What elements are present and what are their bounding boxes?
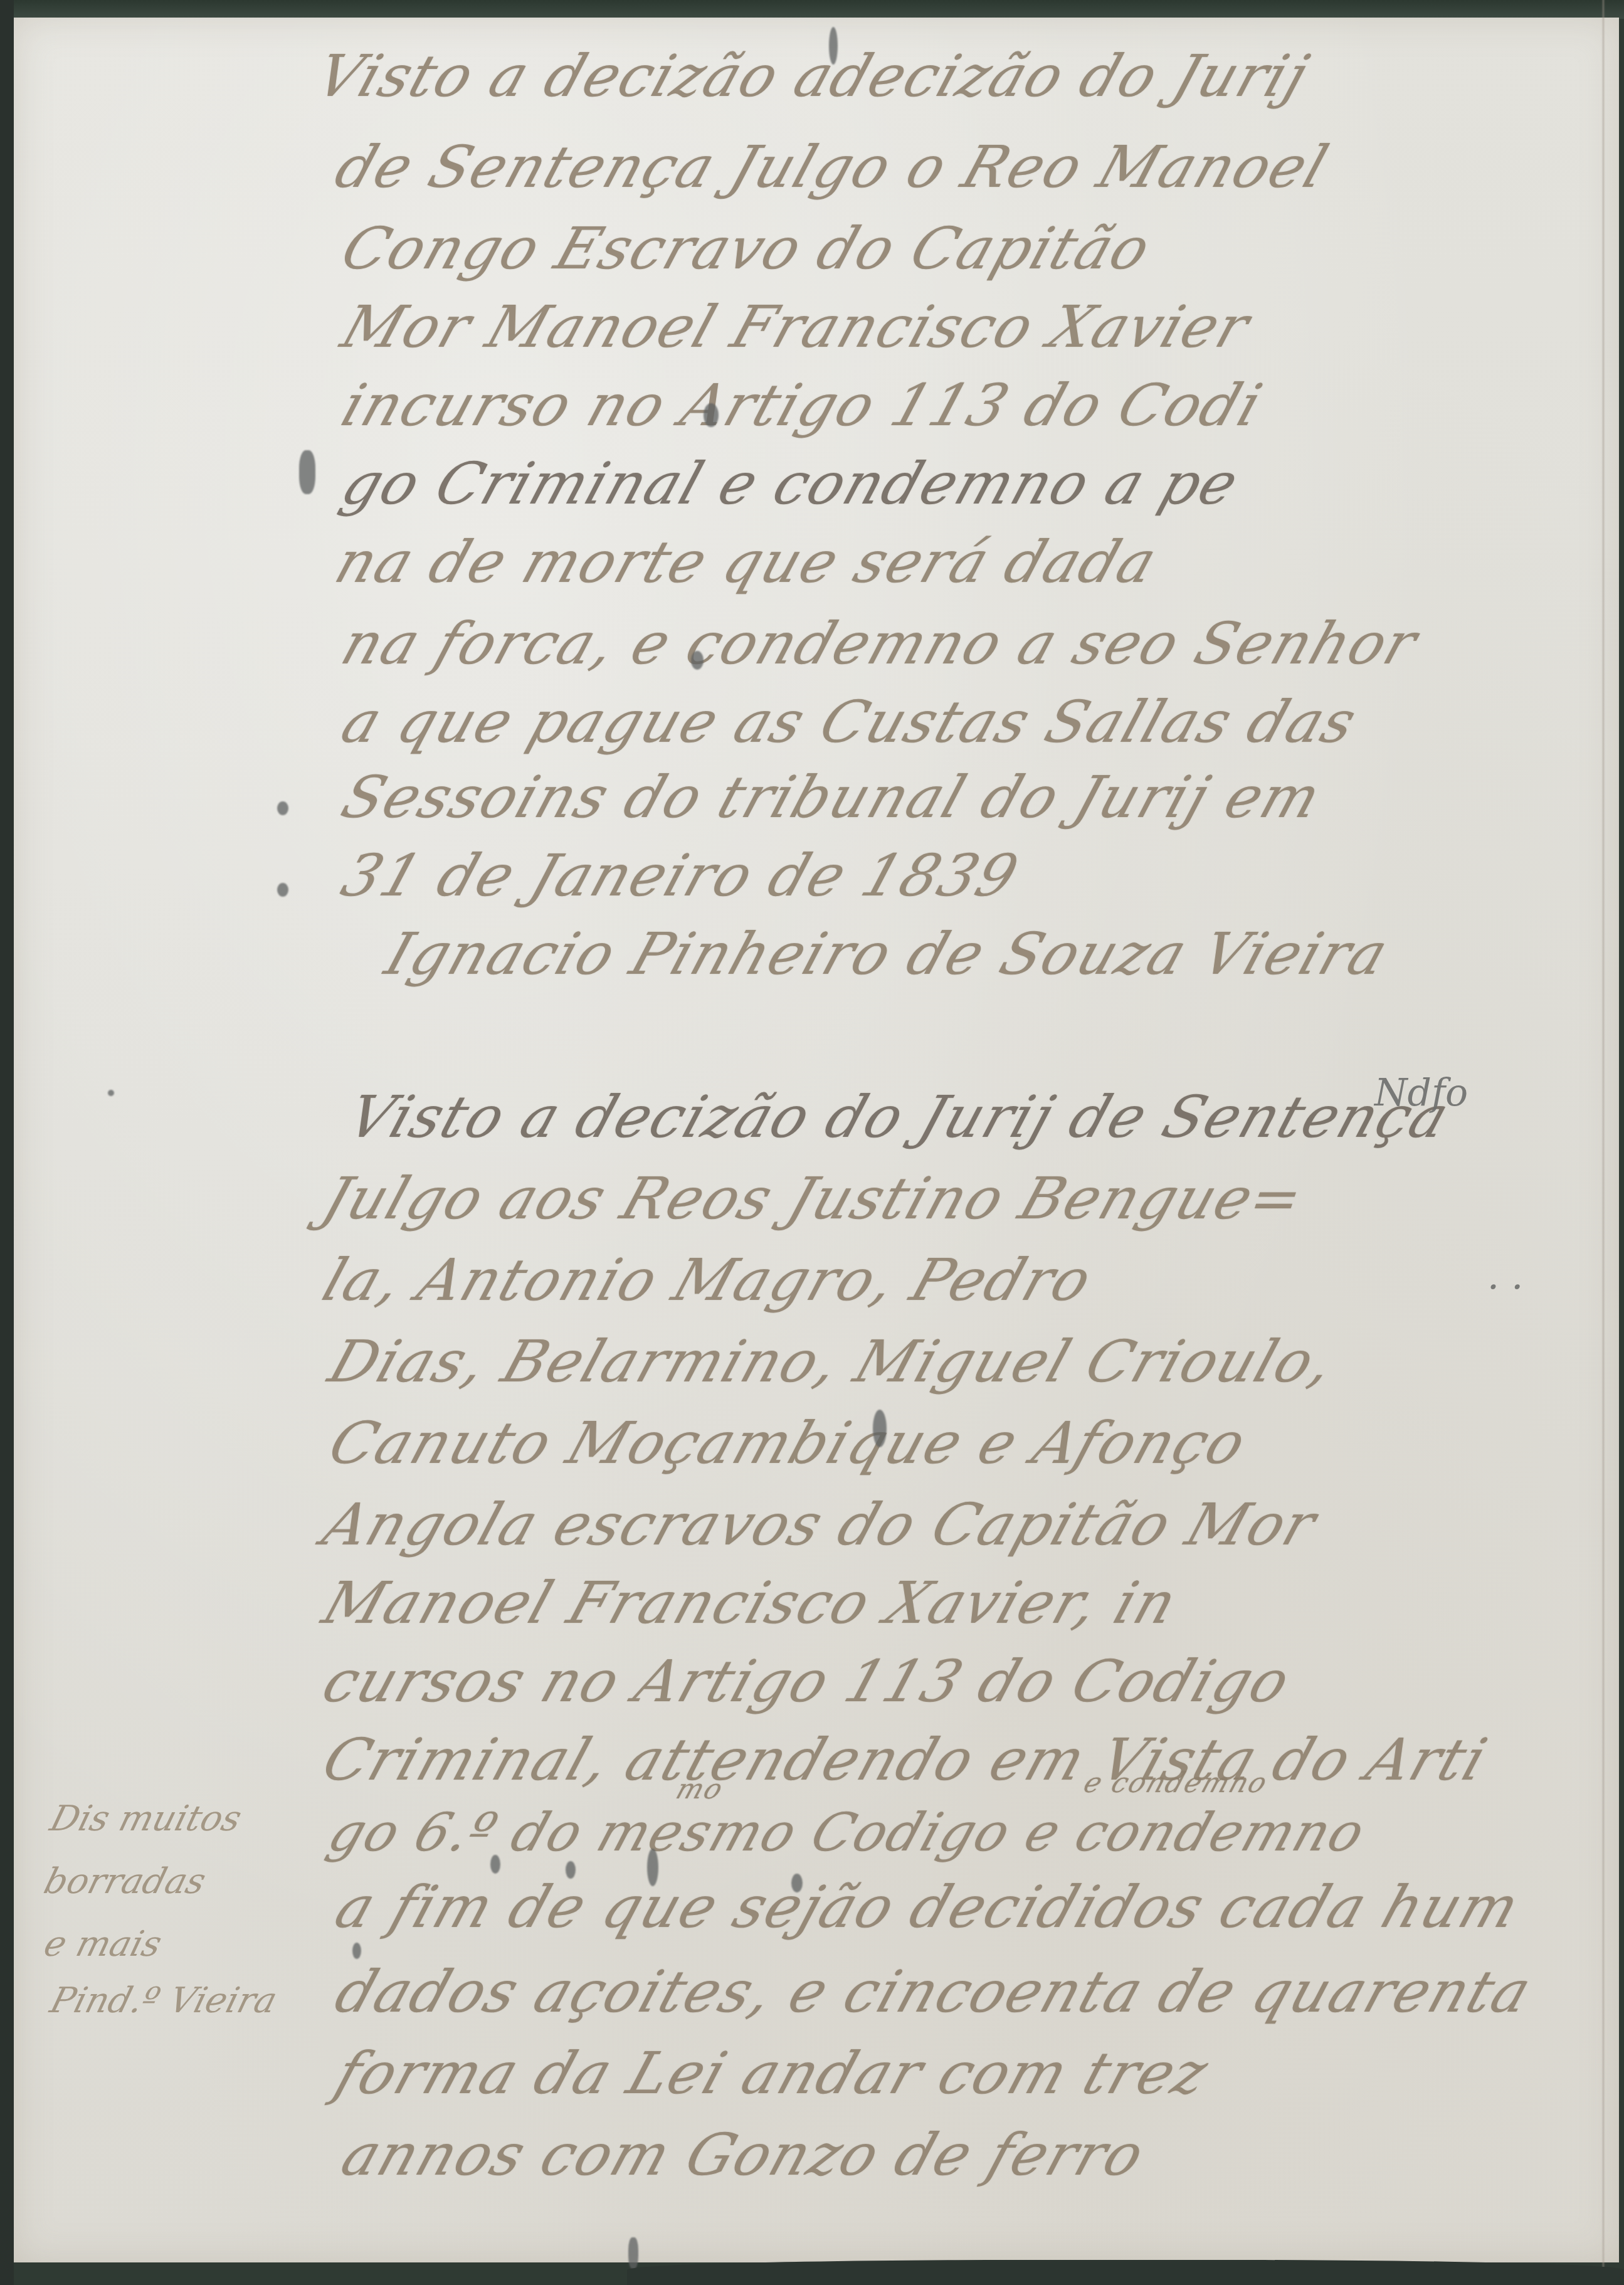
text-line: Criminal, attendendo em Vista do Arti <box>315 1726 1496 1793</box>
margin-note-line: e mais <box>40 1924 166 1965</box>
interlinear-insertion: mo <box>672 1773 728 1805</box>
text-line: Angola escravos do Capitão Mor <box>315 1491 1325 1558</box>
text-line: a fim de que sejão decididos cada hum <box>327 1874 1528 1941</box>
text-line: Canuto Moçambique e Afonço <box>321 1410 1255 1477</box>
text-line: Dias, Belarmino, Miguel Crioulo, <box>321 1328 1343 1395</box>
text-line: Mor Manoel Francisco Xavier <box>334 293 1258 361</box>
text-line: Sessoins do tribunal do Jurij em <box>334 764 1330 831</box>
text-line: 31 de Janeiro de 1839 <box>334 842 1027 909</box>
scan-bottom-edge <box>627 2260 1624 2285</box>
right-margin-mark: Ndfo <box>1374 1071 1468 1115</box>
ink-blot <box>704 403 719 427</box>
ink-blot <box>299 450 315 494</box>
text-line: de Sentença Julgo o Reo Manoel <box>327 134 1337 201</box>
ink-blot <box>791 1874 803 1892</box>
ink-blot <box>647 1849 658 1886</box>
text-line: go 6.º do mesmo Codigo e condemno <box>321 1802 1373 1863</box>
text-line: Julgo aos Reos Justino Bengue= <box>315 1165 1312 1232</box>
text-line: la, Antonio Magro, Pedro <box>315 1247 1100 1314</box>
scan-left-edge <box>0 0 14 2285</box>
interlinear-insertion: e condemno <box>1080 1767 1272 1799</box>
ink-blot <box>277 883 288 897</box>
manuscript-page: Visto a decizão adecizão do Jurij de Sen… <box>14 18 1619 2262</box>
ink-blot <box>628 2237 638 2269</box>
text-line: cursos no Artigo 113 do Codigo <box>315 1648 1299 1715</box>
text-line: annos com Gonzo de ferro <box>334 2121 1153 2188</box>
ink-blot <box>566 1861 576 1879</box>
text-line: Manoel Francisco Xavier, in <box>315 1570 1186 1637</box>
paper-crease <box>1601 0 1605 2285</box>
text-line: forma da Lei andar com trez <box>327 2040 1217 2107</box>
margin-note-line: borradas <box>40 1861 210 1902</box>
ink-blot <box>352 1943 361 1959</box>
margin-note-line: Pind.º Vieira <box>46 1980 281 2021</box>
text-line: incurso no Artigo 113 do Codi <box>334 372 1271 439</box>
text-line: na de morte que será dada <box>327 529 1166 596</box>
ink-blot <box>108 1090 114 1096</box>
text-line: a que pague as Custas Sallas das <box>334 689 1366 756</box>
ink-blot <box>691 651 704 670</box>
scan-top-edge <box>0 0 1624 19</box>
text-line: Congo Escravo do Capitão <box>334 215 1159 282</box>
ink-blot <box>873 1410 887 1447</box>
right-margin-mark: · · <box>1487 1265 1523 1309</box>
text-line: Visto a decizão do Jurij de Sentença <box>340 1084 1458 1151</box>
text-line: go Criminal e condemno a pe <box>334 450 1247 517</box>
signature: Ignacio Pinheiro de Souza Vieira <box>377 921 1397 988</box>
ink-blot <box>490 1855 500 1874</box>
margin-note-line: Dis muitos <box>46 1798 246 1839</box>
text-line: dados açoites, e cincoenta de quarenta <box>327 1958 1540 2025</box>
ink-blot <box>277 801 288 815</box>
text-line: na forca, e condemno a seo Senhor <box>334 610 1426 677</box>
ink-blot <box>829 27 838 65</box>
text-line: Visto a decizão adecizão do Jurij <box>308 43 1317 110</box>
